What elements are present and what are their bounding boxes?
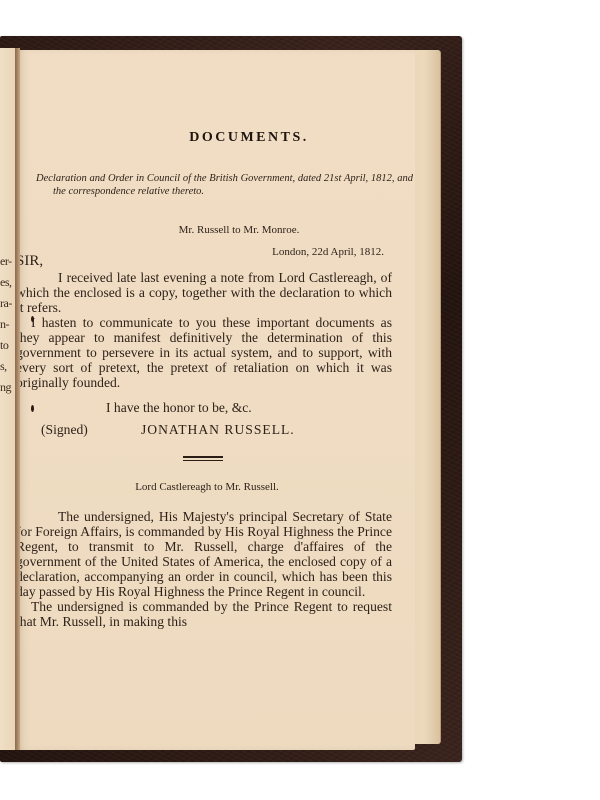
document-subtitle: Declaration and Order in Council of the …	[36, 172, 413, 198]
left-page-text: n-	[0, 317, 9, 332]
ink-spot	[31, 316, 34, 322]
left-page-text: s,	[0, 359, 7, 374]
letter2-heading: Lord Castlereagh to Mr. Russell.	[48, 481, 366, 493]
letter1-paragraph: I received late last evening a note from…	[16, 270, 392, 315]
signed-label: (Signed)	[41, 422, 141, 438]
subtitle-text: Declaration and Order in Council of the …	[36, 173, 413, 197]
left-page-text: ng	[0, 380, 11, 395]
left-page-text: es,	[0, 275, 12, 290]
signature-line: (Signed) JONATHAN RUSSELL.	[41, 422, 394, 438]
left-page-fragment: er- es, ra- n- to s, ng	[0, 48, 16, 750]
page-title: DOCUMENTS.	[76, 130, 394, 146]
letter1-paragraph: I hasten to communicate to you these imp…	[16, 315, 392, 390]
book-gutter	[15, 48, 20, 750]
letter2-paragraph: The undersigned is commanded by the Prin…	[16, 599, 392, 629]
section-divider	[183, 456, 223, 461]
left-page-text: to	[0, 338, 8, 353]
left-page-text: er-	[0, 254, 12, 269]
letter2-paragraph: The undersigned, His Majesty's principal…	[16, 509, 392, 599]
letter1-closing: I have the honor to be, &c.	[76, 400, 394, 416]
letter1-heading: Mr. Russell to Mr. Monroe.	[76, 224, 394, 236]
ink-spot	[31, 405, 34, 412]
document-page: DOCUMENTS. Declaration and Order in Coun…	[19, 50, 415, 750]
book-photo: er- es, ra- n- to s, ng DOCUMENTS. Decla…	[0, 0, 600, 800]
signer-name: JONATHAN RUSSELL.	[141, 422, 295, 438]
page-content: DOCUMENTS. Declaration and Order in Coun…	[76, 130, 394, 629]
left-page-text: ra-	[0, 296, 12, 311]
